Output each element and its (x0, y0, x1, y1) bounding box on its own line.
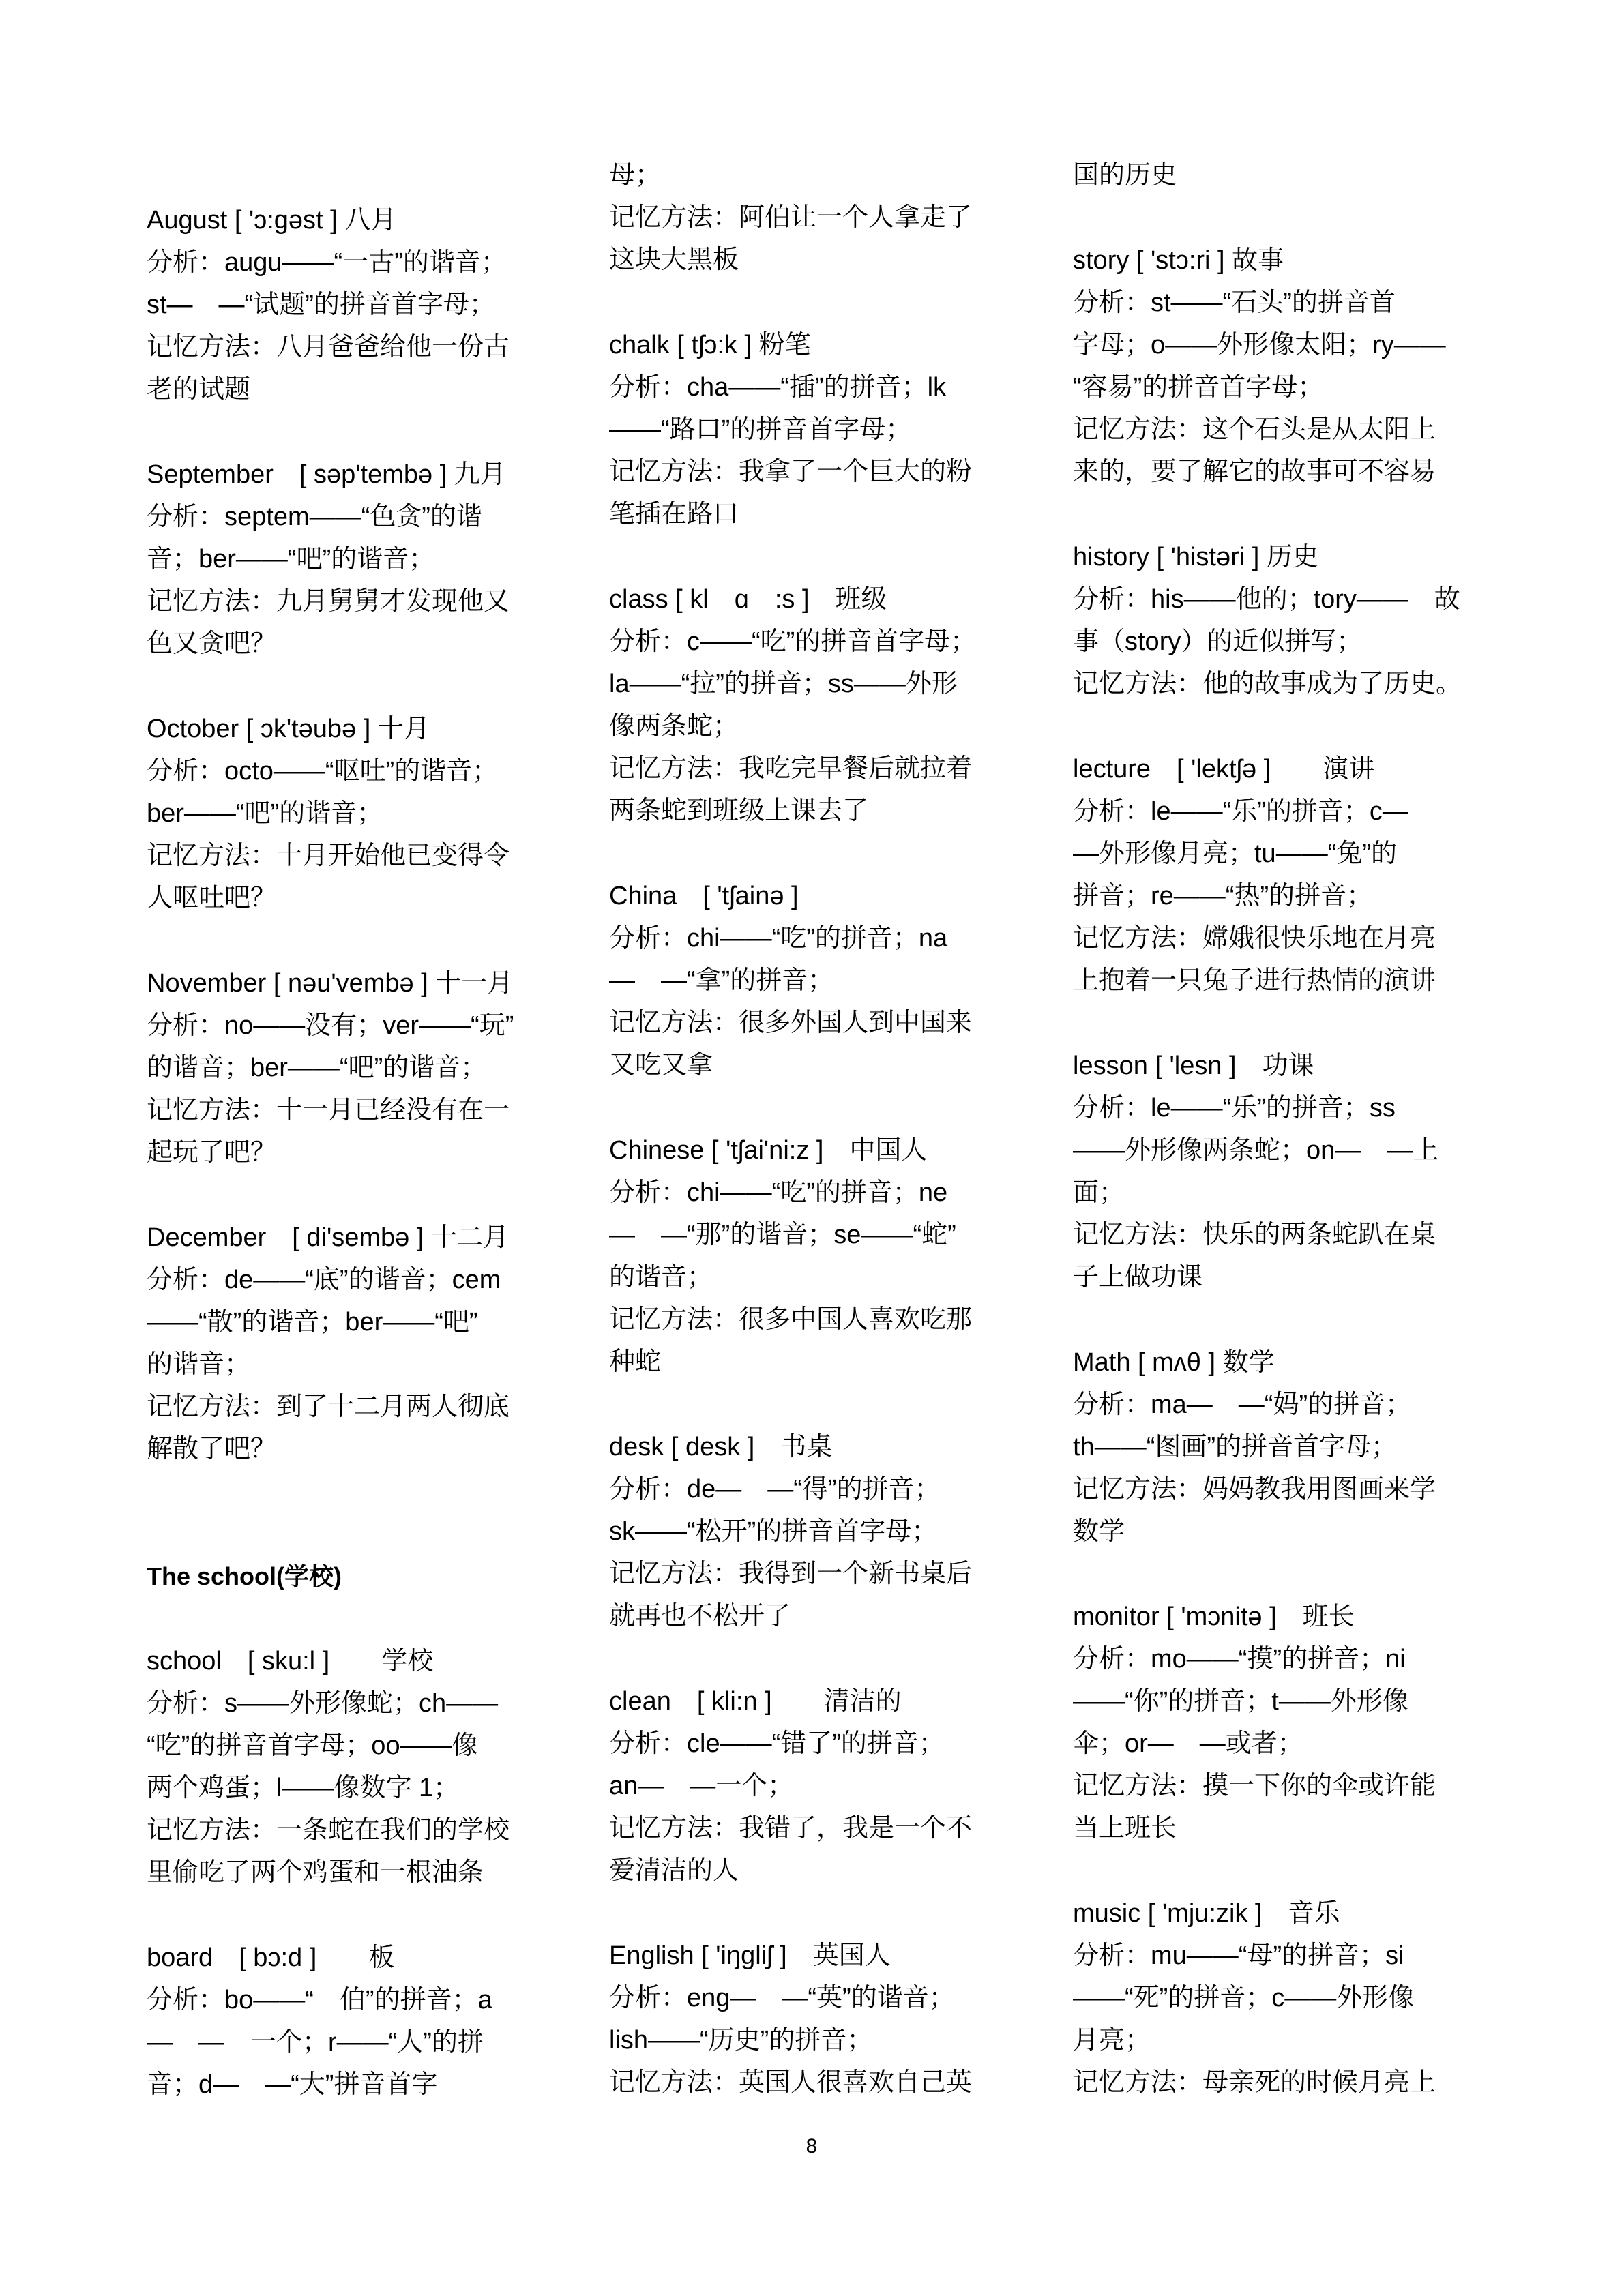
vocab-entry-heading: chalk [ tʃɔ:k ] 粉笔 (609, 324, 1027, 366)
vocab-entry-heading: Math [ mʌθ ] 数学 (1073, 1341, 1490, 1384)
vocab-entry-text: 两个鸡蛋；l——像数字 1； (147, 1767, 564, 1809)
vocab-entry-text: 记忆方法：到了十二月两人彻底 (147, 1386, 564, 1428)
vocab-entry-text: 音；d— —“大”拼音首字 (147, 2063, 564, 2106)
vocab-entry-text: 分析：s——外形像蛇；ch—— (147, 1682, 564, 1725)
vocab-entry-text: 起玩了吧？ (147, 1131, 564, 1174)
vocab-entry-text: — — 一个；r——“人”的拼 (147, 2021, 564, 2063)
vocab-entry-text: 面； (1073, 1172, 1490, 1214)
vocab-entry-heading: November [ nəu'vembə ] 十一月 (147, 962, 564, 1004)
vocab-entry-text: 人呕吐吧？ (147, 877, 564, 919)
vocab-entry-text: 的谐音； (147, 1343, 564, 1386)
vocab-entry-text: 解散了吧？ (147, 1428, 564, 1470)
vocab-entry-text: 分析：le——“乐”的拼音；c— (1073, 790, 1490, 833)
vocab-entry-heading: August [ 'ɔ:gəst ] 八月 (147, 199, 564, 241)
vocab-entry-text: 的谐音； (609, 1256, 1027, 1298)
vocab-entry-text: lish——“历史”的拼音； (609, 2019, 1027, 2061)
vocab-entry-text: 分析：st——“石头”的拼音首 (1073, 282, 1490, 324)
vocab-entry-heading: story [ 'stɔ:ri ] 故事 (1073, 239, 1490, 282)
vocab-entry-text: sk——“松开”的拼音首字母； (609, 1510, 1027, 1553)
vocab-entry-text: 又吃又拿 (609, 1044, 1027, 1086)
vocab-entry-text: 记忆方法：我拿了一个巨大的粉 (609, 451, 1027, 493)
vocab-entry-text: 来的，要了解它的故事可不容易 (1073, 451, 1490, 493)
vocab-entry-text: 这块大黑板 (609, 239, 1027, 281)
vocab-entry-text: 分析：septem——“色贪”的谐 (147, 496, 564, 538)
vocab-entry-heading: October [ ɔk'təubə ] 十月 (147, 708, 564, 750)
vocab-entry-heading: clean [ kli:n ] 清洁的 (609, 1680, 1027, 1723)
vocab-entry-text: 上抱着一只兔子进行热情的演讲 (1073, 959, 1490, 1002)
vocab-entry-text: 分析：his——他的；tory—— 故 (1073, 578, 1490, 621)
vocab-entry-text: 记忆方法：十月开始他已变得令 (147, 835, 564, 877)
vocab-entry-text: 母； (609, 154, 1027, 196)
vocab-entry-heading: China [ 'tʃainə ] (609, 875, 1027, 917)
vocab-entry-text: 分析：chi——“吃”的拼音；ne (609, 1172, 1027, 1214)
vocab-entry-text: 记忆方法：我错了，我是一个不 (609, 1807, 1027, 1849)
vocab-entry-text: 分析：bo——“ 伯”的拼音；a (147, 1979, 564, 2021)
section-title: The school(学校) (147, 1555, 564, 1598)
vocab-entry-text: 笔插在路口 (609, 493, 1027, 535)
vocab-entry-heading: English [ 'iŋgliʃ ] 英国人 (609, 1935, 1027, 1977)
vocab-entry-heading: December [ di'sembə ] 十二月 (147, 1217, 564, 1259)
vocab-entry-heading: September [ səp'tembə ] 九月 (147, 453, 564, 496)
vocab-entry-text: la——“拉”的拼音；ss——外形 (609, 663, 1027, 705)
vocab-entry-text: 记忆方法：八月爸爸给他一份古 (147, 326, 564, 368)
vocab-entry-text: 记忆方法：很多中国人喜欢吃那 (609, 1298, 1027, 1341)
vocab-entry-text: ——外形像两条蛇；on— —上 (1073, 1129, 1490, 1172)
vocab-entry-text: 记忆方法：我得到一个新书桌后 (609, 1553, 1027, 1595)
vocab-entry-text: “容易”的拼音首字母； (1073, 366, 1490, 408)
vocab-entry-text: 伞；or— —或者； (1073, 1723, 1490, 1765)
vocab-entry-text: ——“散”的谐音；ber——“吧” (147, 1301, 564, 1343)
vocab-entry-text: 分析：octo——“呕吐”的谐音； (147, 750, 564, 792)
vocab-entry-text: 两条蛇到班级上课去了 (609, 790, 1027, 832)
vocab-entry-text: ——“死”的拼音；c——外形像 (1073, 1977, 1490, 2019)
vocab-entry-text: 爱清洁的人 (609, 1849, 1027, 1892)
vocab-entry-text: 字母；o——外形像太阳；ry—— (1073, 324, 1490, 366)
vocab-entry-text: 记忆方法：母亲死的时候月亮上 (1073, 2061, 1490, 2104)
vocab-entry-heading: school [ sku:l ] 学校 (147, 1640, 564, 1682)
vocab-entry-text: 音；ber——“吧”的谐音； (147, 538, 564, 580)
vocab-entry-text: 记忆方法：阿伯让一个人拿走了 (609, 196, 1027, 239)
vocab-entry-heading: music [ 'mju:zik ] 音乐 (1073, 1892, 1490, 1935)
vocab-entry-text: 种蛇 (609, 1341, 1027, 1383)
vocab-entry-text: ——“路口”的拼音首字母； (609, 408, 1027, 451)
vocab-entry-heading: board [ bɔ:d ] 板 (147, 1937, 564, 1979)
vocab-entry-heading: monitor [ 'mɔnitə ] 班长 (1073, 1596, 1490, 1638)
vocab-entry-text: 国的历史 (1073, 154, 1490, 196)
vocab-entry-text: 记忆方法：妈妈教我用图画来学 (1073, 1468, 1490, 1510)
vocab-entry-text: 色又贪吧？ (147, 623, 564, 665)
vocab-entry-text: 就再也不松开了 (609, 1595, 1027, 1637)
vocab-entry-text: 记忆方法：英国人很喜欢自己英 (609, 2061, 1027, 2104)
vocab-entry-text: 分析：cle——“错了”的拼音； (609, 1723, 1027, 1765)
vocab-entry-text: — —“拿”的拼音； (609, 959, 1027, 1002)
vocab-entry-text: 分析：de— —“得”的拼音； (609, 1468, 1027, 1510)
vocab-entry-text: 数学 (1073, 1510, 1490, 1553)
vocab-entry-text: 分析：eng— —“英”的谐音； (609, 1977, 1027, 2019)
vocab-entry-text: 当上班长 (1073, 1807, 1490, 1849)
vocab-entry-text: 记忆方法：快乐的两条蛇趴在桌 (1073, 1214, 1490, 1256)
vocab-entry-text: 记忆方法：这个石头是从太阳上 (1073, 408, 1490, 451)
vocab-entry-text: 分析：augu——“一古”的谐音； (147, 241, 564, 284)
vocab-entry-text: 分析：chi——“吃”的拼音；na (609, 917, 1027, 959)
vocab-entry-heading: lesson [ 'lesn ] 功课 (1073, 1045, 1490, 1087)
vocab-entry-text: 分析：le——“乐”的拼音；ss (1073, 1087, 1490, 1129)
vocab-entry-text: — —“那”的谐音；se——“蛇” (609, 1214, 1027, 1256)
vocab-entry-text: 老的试题 (147, 368, 564, 411)
vocab-entry-text: —外形像月亮；tu——“兔”的 (1073, 833, 1490, 875)
vocab-entry-text: 记忆方法：我吃完早餐后就拉着 (609, 747, 1027, 790)
vocab-entry-heading: desk [ desk ] 书桌 (609, 1426, 1027, 1468)
vocab-entry-text: 里偷吃了两个鸡蛋和一根油条 (147, 1851, 564, 1894)
vocab-entry-text: 分析：c——“吃”的拼音首字母； (609, 621, 1027, 663)
vocab-entry-text: 记忆方法：九月舅舅才发现他又 (147, 580, 564, 623)
vocab-entry-text: 子上做功课 (1073, 1256, 1490, 1298)
vocab-entry-text: st— —“试题”的拼音首字母； (147, 284, 564, 326)
vocab-entry-text: th——“图画”的拼音首字母； (1073, 1426, 1490, 1468)
vocab-entry-text: 分析：de——“底”的谐音；cem (147, 1259, 564, 1301)
vocab-entry-text: 分析：ma— —“妈”的拼音； (1073, 1384, 1490, 1426)
vocab-entry-text: 记忆方法：一条蛇在我们的学校 (147, 1809, 564, 1851)
vocab-entry-text: 记忆方法：摸一下你的伞或许能 (1073, 1765, 1490, 1807)
vocab-entry-text: 月亮； (1073, 2019, 1490, 2061)
vocab-entry-text: 的谐音；ber——“吧”的谐音； (147, 1047, 564, 1089)
vocab-entry-heading: history [ 'histəri ] 历史 (1073, 536, 1490, 578)
vocab-entry-heading: class [ kl ɑ :s ] 班级 (609, 578, 1027, 621)
vocab-entry-heading: Chinese [ 'tʃai'ni:z ] 中国人 (609, 1129, 1027, 1172)
page-number: 8 (798, 2133, 825, 2160)
vocab-entry-text: 记忆方法：嫦娥很快乐地在月亮 (1073, 917, 1490, 959)
vocab-entry-text: 事（story）的近似拼写； (1073, 621, 1490, 663)
vocab-entry-text: 记忆方法：十一月已经没有在一 (147, 1089, 564, 1131)
vocab-entry-text: 像两条蛇； (609, 705, 1027, 747)
vocab-entry-text: 分析：mo——“摸”的拼音；ni (1073, 1638, 1490, 1680)
vocab-entry-text: an— —一个； (609, 1765, 1027, 1807)
vocab-entry-text: 记忆方法：很多外国人到中国来 (609, 1002, 1027, 1044)
vocab-entry-text: 分析：cha——“插”的拼音；lk (609, 366, 1027, 408)
vocab-entry-text: 分析：mu——“母”的拼音；si (1073, 1935, 1490, 1977)
vocab-entry-text: 分析：no——没有；ver——“玩” (147, 1004, 564, 1047)
vocab-entry-text: 记忆方法：他的故事成为了历史。 (1073, 663, 1490, 705)
vocab-entry-text: ber——“吧”的谐音； (147, 792, 564, 835)
vocab-entry-heading: lecture [ 'lektʃə ] 演讲 (1073, 748, 1490, 790)
vocab-entry-text: ——“你”的拼音；t——外形像 (1073, 1680, 1490, 1723)
vocab-entry-text: 拼音；re——“热”的拼音； (1073, 875, 1490, 917)
vocab-entry-text: “吃”的拼音首字母；oo——像 (147, 1725, 564, 1767)
